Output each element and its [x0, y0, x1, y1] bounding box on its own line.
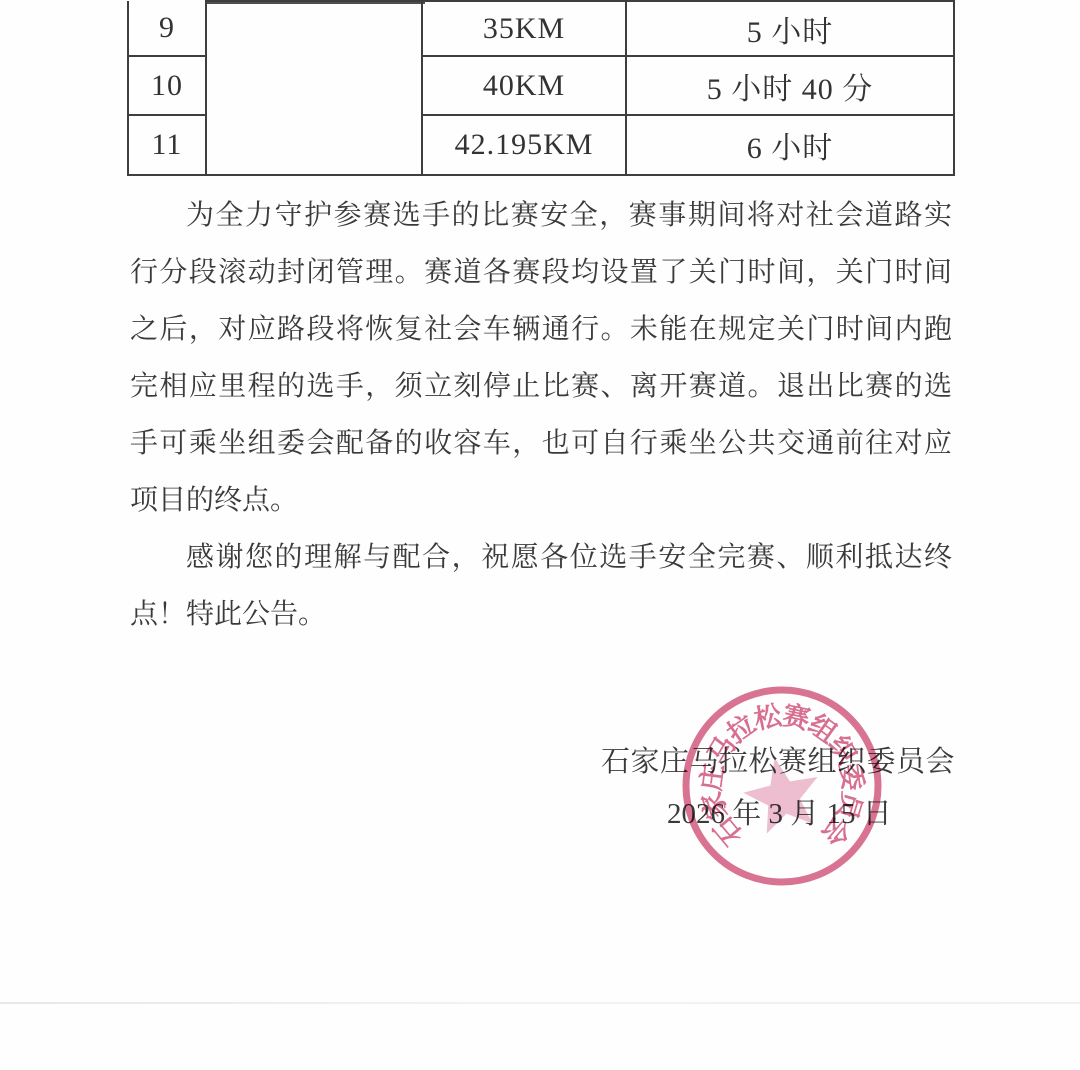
- paragraph-line: 为全力守护参赛选手的比赛安全，赛事期间将对社会道路实: [130, 187, 952, 244]
- table-cell-distance: 40KM: [422, 56, 626, 115]
- seal-text-char: 委: [835, 762, 868, 793]
- paragraph-line: 行分段滚动封闭管理。赛道各赛段均设置了关门时间，关门时间: [130, 244, 952, 301]
- paragraph-line: 完相应里程的选手，须立刻停止比赛、离开赛道。退出比赛的选: [130, 358, 952, 415]
- table-cell-close-time: 5 小时 40 分: [626, 56, 954, 115]
- closing-time-table: 9 35KM 5 小时 10 40KM 5 小时 40 分 11 42.195K…: [127, 0, 955, 176]
- table-cell-distance: 42.195KM: [422, 115, 626, 175]
- paragraph-line: 手可乘坐组委会配备的收容车，也可自行乘坐公共交通前往对应: [130, 415, 952, 472]
- seal-text-char: 松: [751, 700, 785, 735]
- paragraph-line: 感谢您的理解与配合，祝愿各位选手安全完赛、顺利抵达终: [130, 529, 952, 586]
- seal-star-icon: [738, 750, 827, 837]
- paragraph-line: 项目的终点。: [130, 472, 952, 529]
- scan-fold-artifact: [0, 1002, 1080, 1004]
- table-row: 9 35KM 5 小时: [128, 1, 954, 56]
- paragraph-line: 点！特此公告。: [130, 586, 952, 643]
- table-cell-row-no: 9: [128, 1, 206, 56]
- table-cell-close-time: 6 小时: [626, 115, 954, 175]
- official-seal: 石家庄马拉松赛组织委员会: [672, 676, 892, 896]
- table-cell-event-merged: [206, 1, 422, 175]
- paragraph-line: 之后，对应路段将恢复社会车辆通行。未能在规定关门时间内跑: [130, 301, 952, 358]
- body-text: 为全力守护参赛选手的比赛安全，赛事期间将对社会道路实 行分段滚动封闭管理。赛道各…: [130, 187, 952, 643]
- table-cell-row-no: 10: [128, 56, 206, 115]
- table-cell-row-no: 11: [128, 115, 206, 175]
- table-cell-distance: 35KM: [422, 1, 626, 56]
- announcement-page: 9 35KM 5 小时 10 40KM 5 小时 40 分 11 42.195K…: [0, 0, 1080, 1070]
- table-cell-close-time: 5 小时: [626, 1, 954, 56]
